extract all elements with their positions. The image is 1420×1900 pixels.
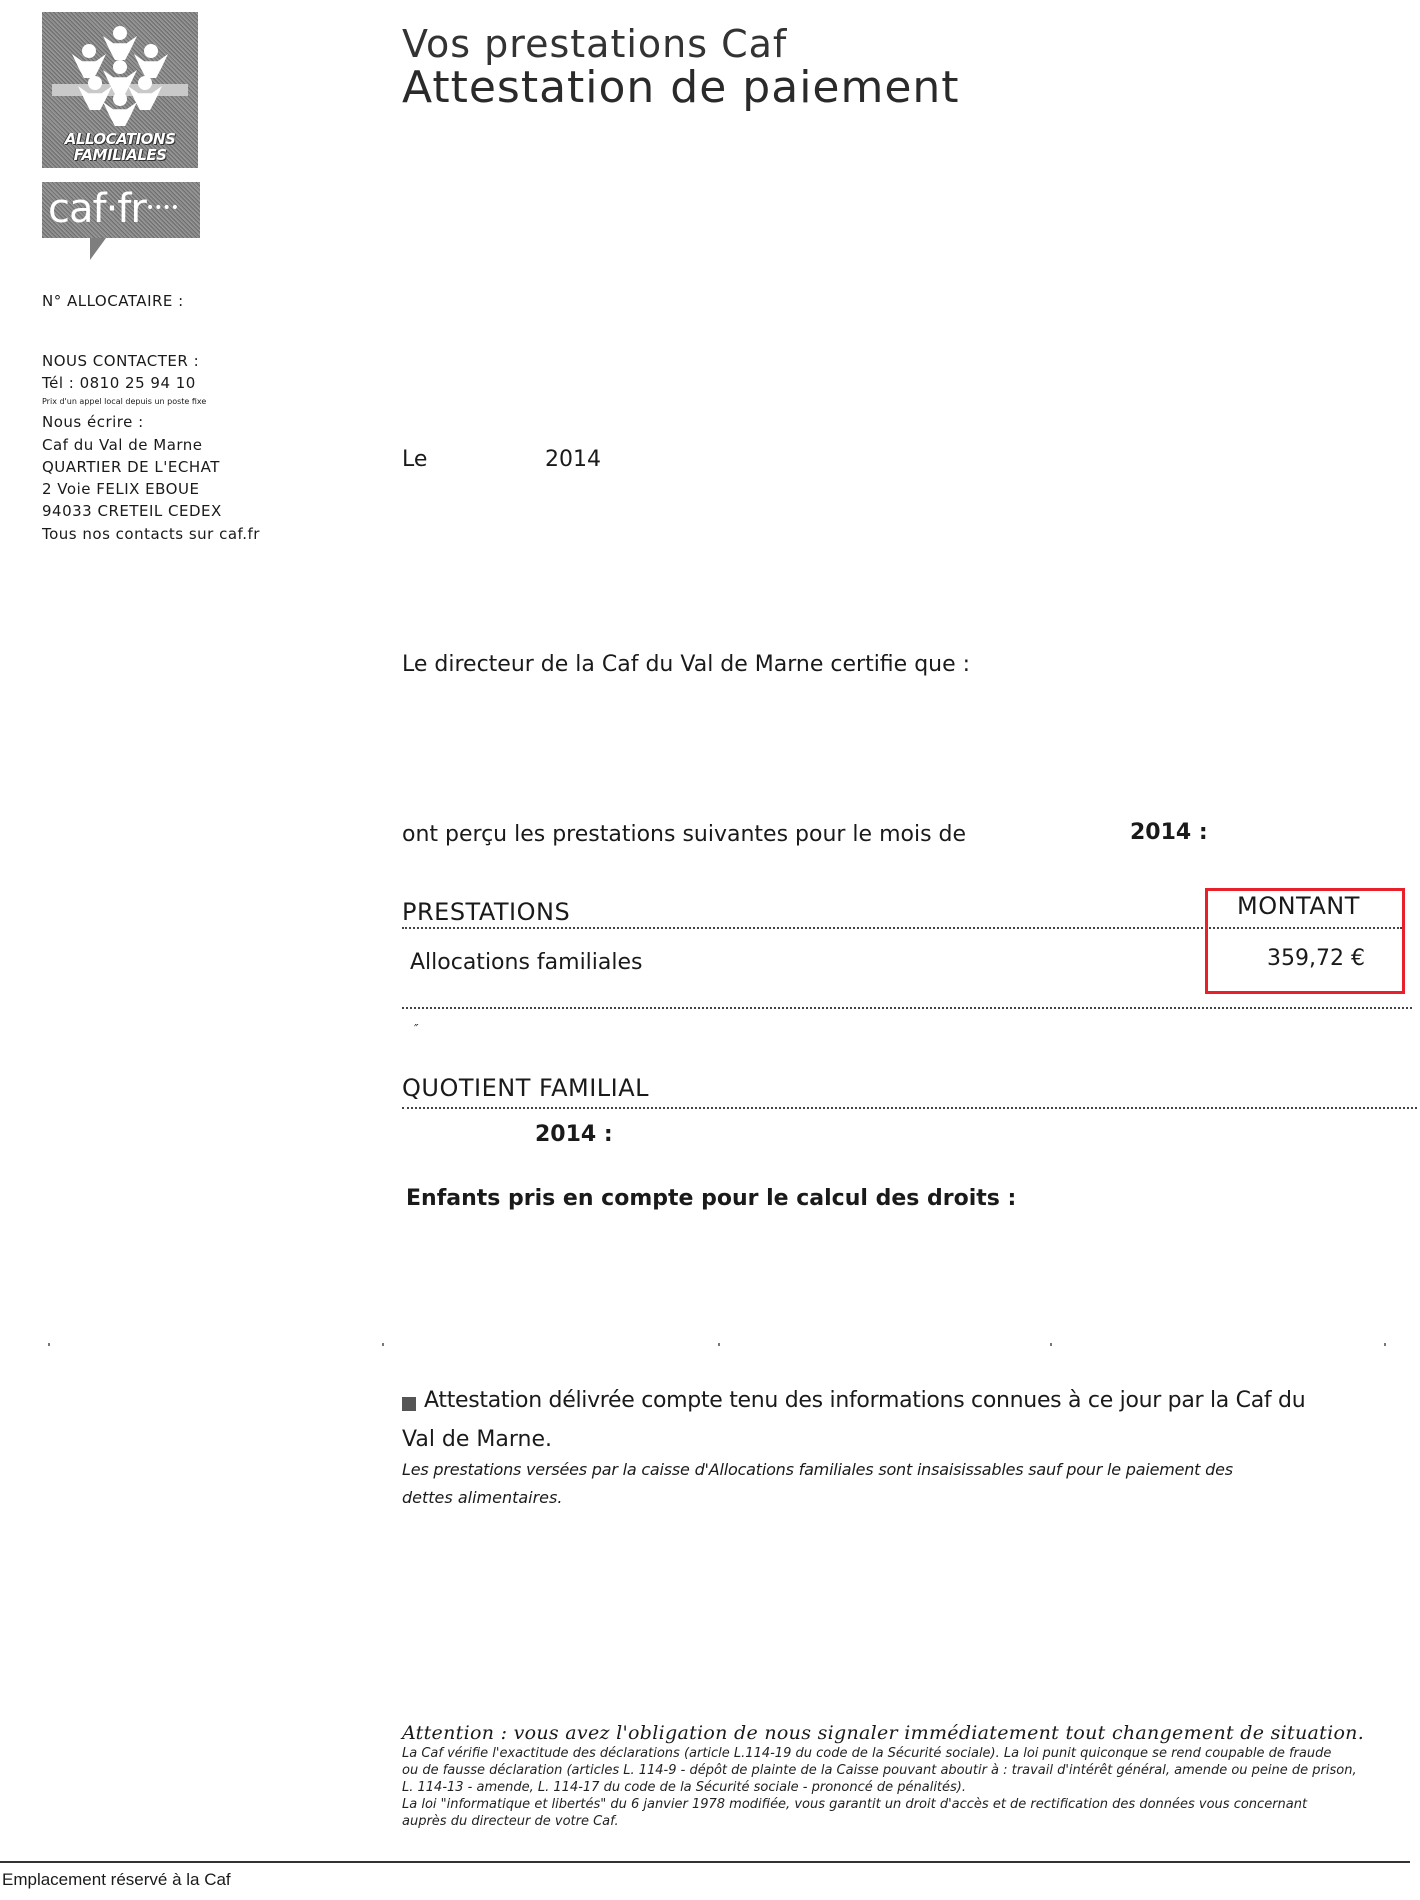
notice-italic-line2: dettes alimentaires. — [402, 1488, 562, 1507]
write-heading: Nous écrire : — [42, 411, 144, 433]
quotient-year: 2014 : — [535, 1122, 613, 1147]
speech-bubble-pointer-icon — [90, 238, 106, 260]
allocataire-label: N° ALLOCATAIRE : — [42, 290, 184, 312]
address-line: Caf du Val de Marne — [42, 434, 203, 456]
caf-fr-text: caf·fr — [48, 186, 146, 232]
phone-price-note: Prix d'un appel local depuis un poste fi… — [42, 397, 206, 407]
fold-mark — [1384, 1343, 1386, 1346]
fold-mark — [382, 1343, 384, 1346]
notice-line1: Attestation délivrée compte tenu des inf… — [424, 1388, 1305, 1413]
amount-highlight-box — [1205, 888, 1405, 994]
legal-line: La loi "informatique et libertés" du 6 j… — [402, 1797, 1307, 1813]
fold-mark — [1050, 1343, 1052, 1346]
footer-divider — [0, 1861, 1410, 1863]
table-footer-divider — [402, 1007, 1412, 1009]
address-line: 2 Voie FELIX EBOUE — [42, 478, 199, 500]
attention-notice: Attention : vous avez l'obligation de no… — [402, 1722, 1364, 1744]
reserved-area-label: Emplacement réservé à la Caf — [2, 1870, 231, 1890]
stray-mark: ″ — [414, 1022, 418, 1036]
contact-phone: Tél : 0810 25 94 10 — [42, 372, 196, 394]
page-subtitle: Vos prestations Caf — [402, 22, 787, 66]
prestations-header: PRESTATIONS — [402, 898, 570, 926]
notice-line2: Val de Marne. — [402, 1427, 552, 1452]
logo-text-line2: FAMILIALES — [42, 146, 198, 164]
date-prefix: Le — [402, 447, 427, 472]
legal-line: L. 114-13 - amende, L. 114-17 du code de… — [402, 1780, 966, 1796]
fold-mark — [718, 1343, 720, 1346]
legal-line: ou de fausse déclaration (articles L. 11… — [402, 1763, 1357, 1779]
received-statement: ont perçu les prestations suivantes pour… — [402, 822, 966, 847]
address-line: 94033 CRETEIL CEDEX — [42, 500, 222, 522]
contacts-link[interactable]: Tous nos contacts sur caf.fr — [42, 523, 260, 545]
quotient-heading: QUOTIENT FAMILIAL — [402, 1074, 649, 1102]
caf-fr-dots: •••• — [146, 200, 179, 216]
caf-logo: ALLOCATIONS FAMILIALES — [42, 12, 198, 168]
caf-fr-badge: caf·fr •••• — [42, 182, 200, 238]
contact-heading: NOUS CONTACTER : — [42, 350, 199, 372]
page-title: Attestation de paiement — [402, 62, 960, 113]
legal-line: La Caf vérifie l'exactitude des déclarat… — [402, 1746, 1331, 1762]
fold-mark — [48, 1343, 50, 1346]
received-year: 2014 : — [1130, 820, 1208, 845]
prestation-label: Allocations familiales — [410, 950, 643, 975]
legal-line: auprès du directeur de votre Caf. — [402, 1814, 619, 1830]
quotient-divider — [402, 1107, 1417, 1109]
notice-italic-line1: Les prestations versées par la caisse d'… — [402, 1460, 1233, 1479]
children-heading: Enfants pris en compte pour le calcul de… — [406, 1186, 1016, 1211]
address-line: QUARTIER DE L'ECHAT — [42, 456, 220, 478]
bullet-square-icon — [402, 1397, 416, 1411]
date-year: 2014 — [545, 447, 601, 472]
certify-statement: Le directeur de la Caf du Val de Marne c… — [402, 652, 970, 677]
